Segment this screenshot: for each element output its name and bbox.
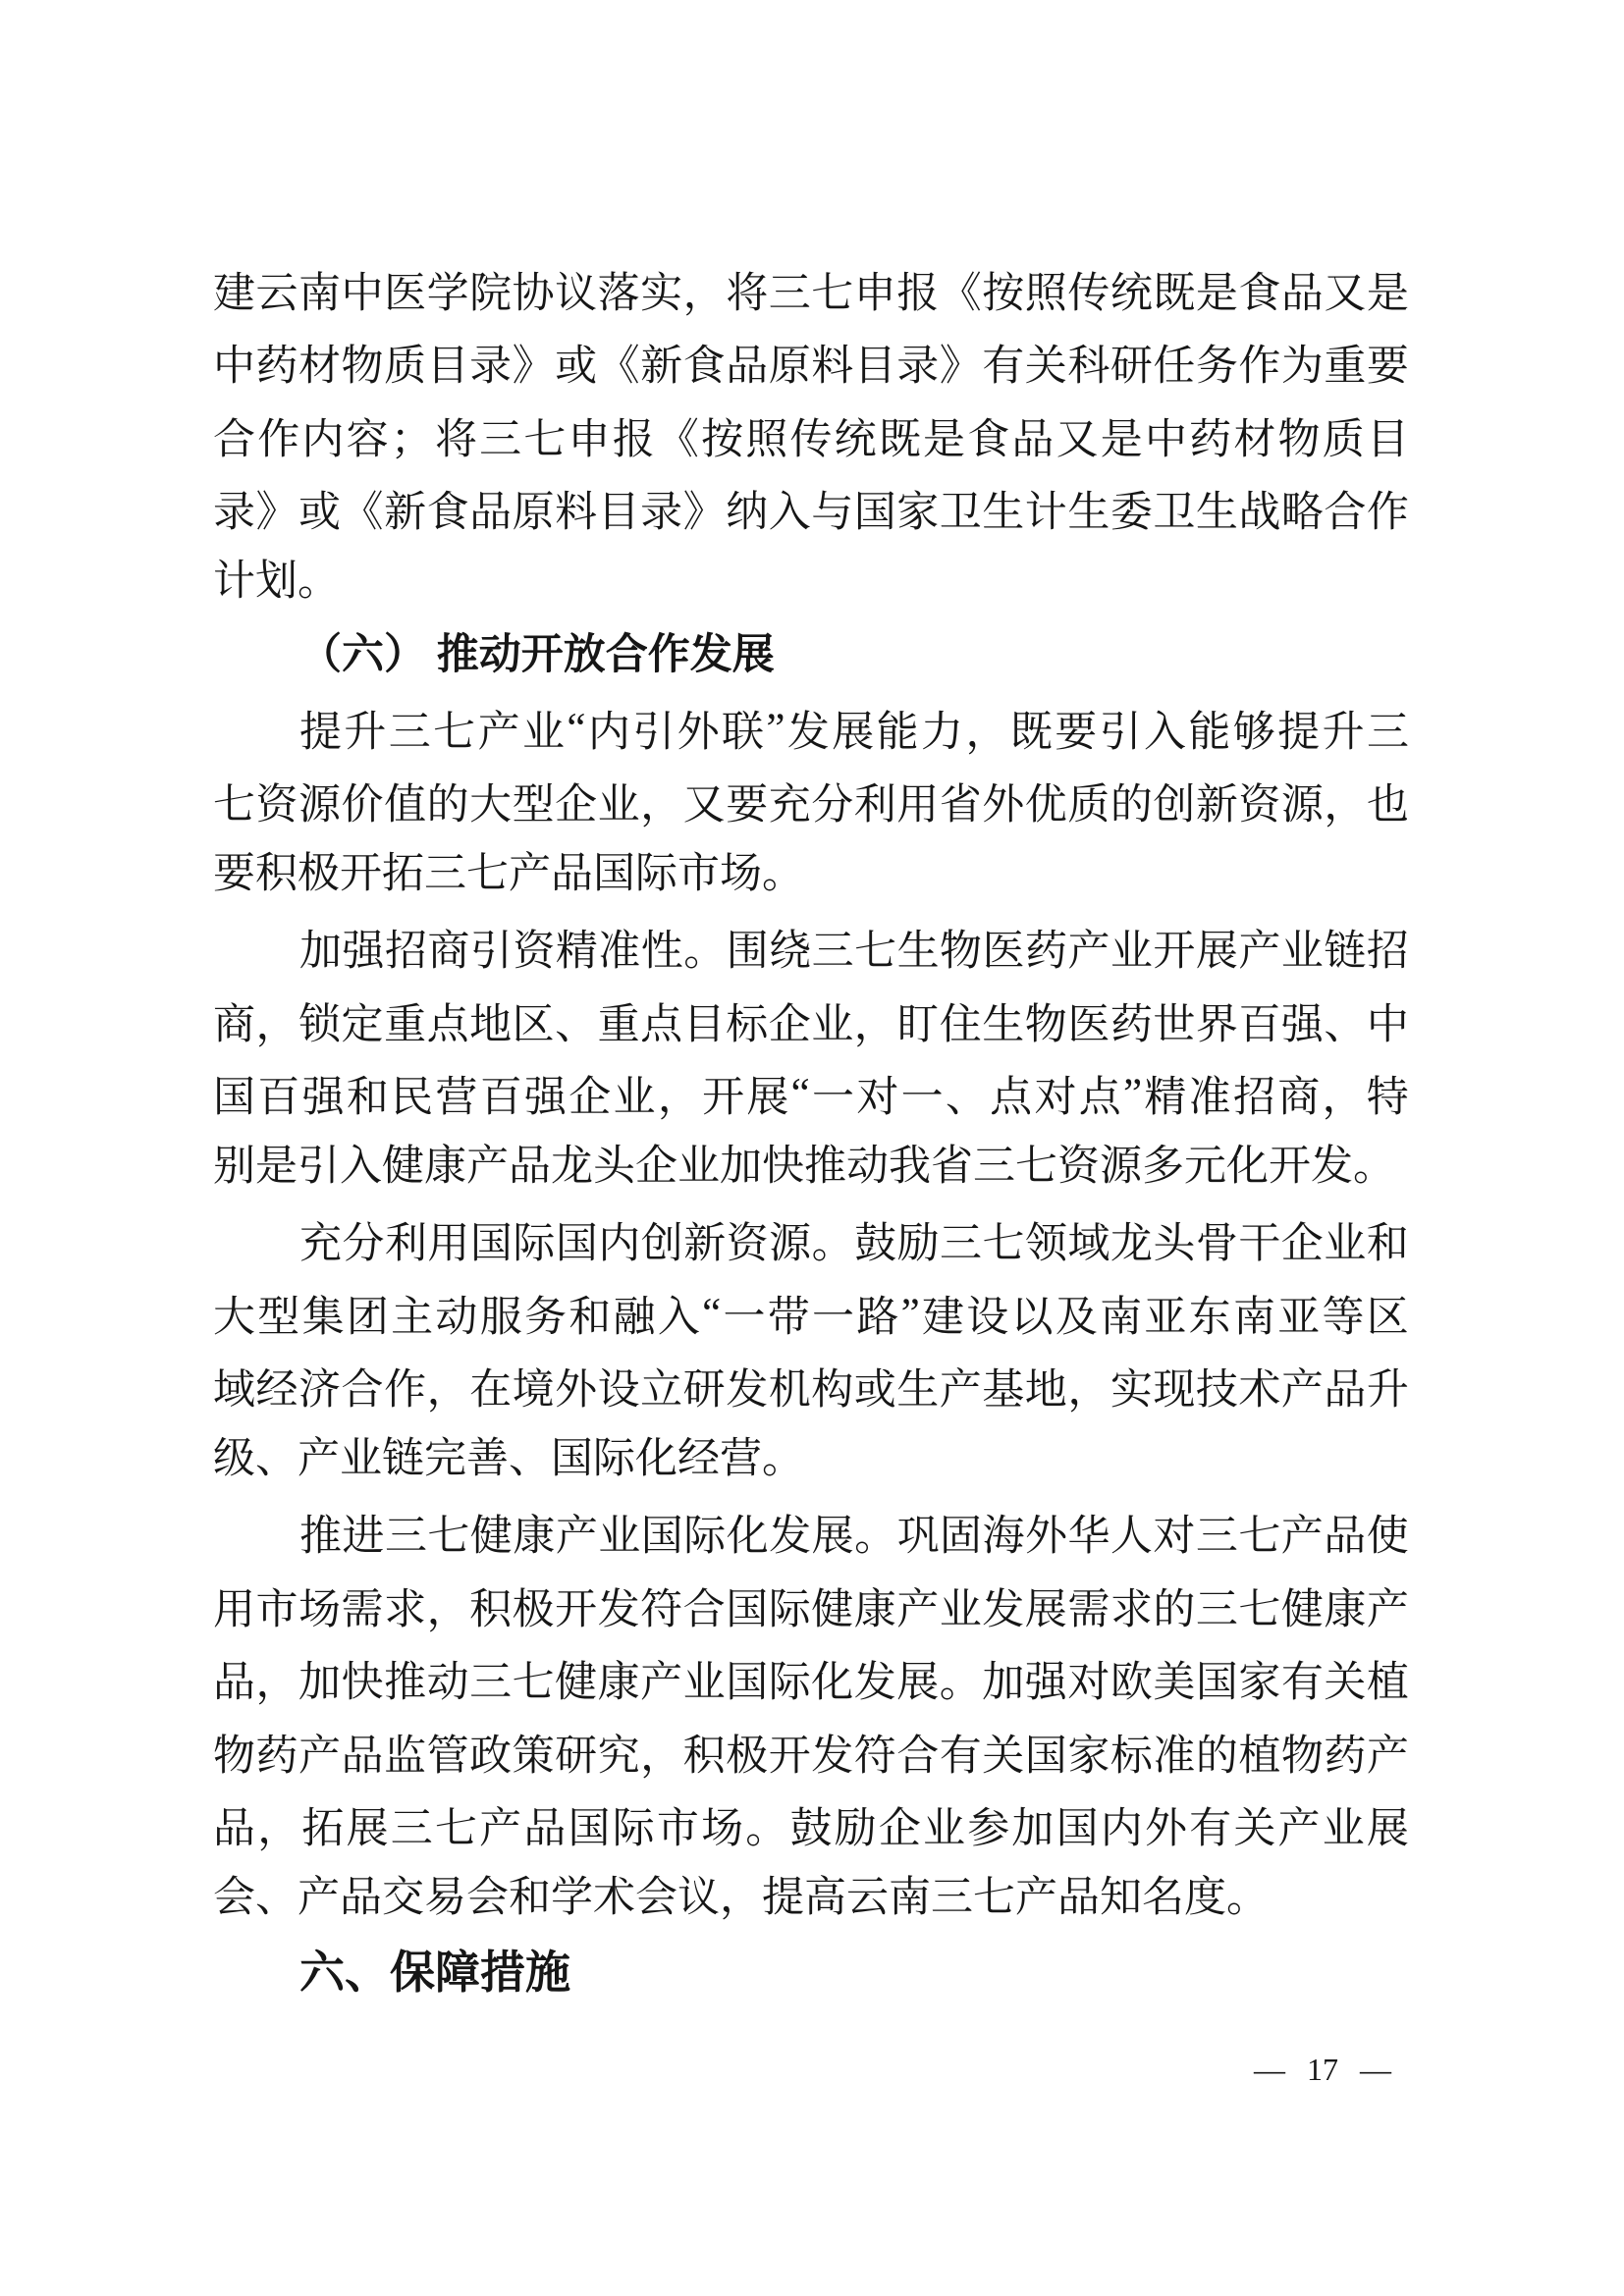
glyph: 企 xyxy=(879,1795,921,1855)
glyph: 战 xyxy=(1238,479,1280,539)
glyph: 七 xyxy=(523,406,566,466)
glyph: 药 xyxy=(1110,991,1153,1051)
text-line: 会、产品交易会和学术会议，提高云南三七产品知名度。 xyxy=(213,1862,1409,1936)
glyph: 政 xyxy=(469,1723,512,1783)
glyph: ” xyxy=(901,1290,920,1338)
glyph: 融 xyxy=(614,1284,656,1344)
glyph: 动 xyxy=(435,1284,477,1344)
glyph: 家 xyxy=(1067,1723,1110,1783)
glyph: 求 xyxy=(1110,1576,1153,1636)
glyph: 与 xyxy=(811,479,853,539)
glyph: 合 xyxy=(683,1576,726,1636)
glyph: 外 xyxy=(1025,1503,1067,1563)
glyph: 充 xyxy=(769,772,811,831)
text-line: 提升三七产业“内引外联”发展能力，既要引入能够提升三 xyxy=(213,692,1409,766)
glyph: 符 xyxy=(854,1723,896,1783)
glyph: 等 xyxy=(1323,1284,1365,1344)
glyph: 药 xyxy=(1324,1723,1366,1783)
glyph: 拓 xyxy=(301,1795,344,1855)
glyph: 七 xyxy=(435,1795,477,1855)
glyph: 世 xyxy=(1153,991,1195,1051)
glyph: 带 xyxy=(768,1284,810,1344)
glyph: 品 xyxy=(1324,1357,1366,1416)
glyph: 发 xyxy=(726,1357,768,1416)
glyph: 国 xyxy=(1196,1649,1238,1709)
glyph: 分 xyxy=(342,1210,384,1270)
glyph: 企 xyxy=(1281,1210,1324,1270)
glyph: ， xyxy=(427,1357,469,1416)
glyph: 国 xyxy=(1025,1723,1067,1783)
glyph: 国 xyxy=(470,1210,513,1270)
glyph: 产 xyxy=(1281,1503,1324,1563)
glyph: 企 xyxy=(568,1064,611,1124)
glyph: 中 xyxy=(1367,991,1409,1051)
glyph: 合 xyxy=(213,406,255,466)
glyph: 。 xyxy=(812,1210,854,1270)
glyph: 目 xyxy=(598,479,640,539)
glyph: 关 xyxy=(1025,333,1067,393)
glyph: 用 xyxy=(427,1210,469,1270)
document-page: 建云南中医学院协议落实，将三七申报《按照传统既是食品又是中药材物质目录》或《新食… xyxy=(0,0,1624,2296)
glyph: 设 xyxy=(598,1357,640,1416)
glyph: 医 xyxy=(1067,991,1110,1051)
glyph: 产 xyxy=(478,699,520,759)
glyph: 容 xyxy=(347,406,389,466)
glyph: 值 xyxy=(384,772,426,831)
glyph: 亚 xyxy=(1144,1284,1186,1344)
glyph: 优 xyxy=(1025,772,1067,831)
glyph: 地 xyxy=(1025,1357,1067,1416)
glyph: 力 xyxy=(921,699,963,759)
glyph: 技 xyxy=(1196,1357,1238,1416)
glyph: 场 xyxy=(298,1576,341,1636)
glyph: 报 xyxy=(896,260,939,320)
text-line: 建云南中医学院协议落实，将三七申报《按照传统既是食品又是 xyxy=(213,253,1409,327)
glyph: 主 xyxy=(391,1284,433,1344)
glyph: 目 xyxy=(854,333,896,393)
glyph: 海 xyxy=(983,1503,1025,1563)
glyph: ， xyxy=(1067,1357,1110,1416)
glyph: 目 xyxy=(1367,406,1409,466)
text-line: 用市场需求，积极开发符合国际健康产业发展需求的三七健康产 xyxy=(213,1570,1409,1643)
glyph: 推 xyxy=(299,1503,342,1563)
glyph: 强 xyxy=(1025,1649,1067,1709)
glyph: 资 xyxy=(1238,772,1280,831)
glyph: 业 xyxy=(598,1503,640,1563)
glyph: 资 xyxy=(256,772,298,831)
glyph: 龙 xyxy=(1110,1210,1153,1270)
glyph: 的 xyxy=(427,772,469,831)
glyph: 药 xyxy=(256,1723,298,1783)
glyph: 传 xyxy=(789,406,832,466)
glyph: 务 xyxy=(1196,333,1238,393)
glyph: 展 xyxy=(1367,1795,1409,1855)
glyph: 推 xyxy=(384,1649,426,1709)
text-line: 计划。 xyxy=(213,546,1409,619)
glyph: 强 xyxy=(342,918,384,978)
glyph: 开 xyxy=(555,1576,597,1636)
glyph: ， xyxy=(256,991,298,1051)
glyph: 有 xyxy=(940,1723,982,1783)
glyph: 南 xyxy=(1100,1284,1142,1344)
glyph: 研 xyxy=(555,1723,597,1783)
glyph: 以 xyxy=(1011,1284,1054,1344)
glyph: 将 xyxy=(726,260,768,320)
glyph: 创 xyxy=(1153,772,1195,831)
glyph: 国 xyxy=(726,1649,768,1709)
glyph: 精 xyxy=(556,918,598,978)
glyph: 团 xyxy=(347,1284,389,1344)
text-line: 加强招商引资精准性。围绕三七生物医药产业开展产业链招 xyxy=(213,912,1409,986)
glyph: 三 xyxy=(479,406,521,466)
glyph: 需 xyxy=(1067,1576,1110,1636)
glyph: 有 xyxy=(982,333,1024,393)
glyph: 申 xyxy=(568,406,611,466)
glyph: 中 xyxy=(213,333,255,393)
glyph: 展 xyxy=(1025,1576,1067,1636)
glyph: 展 xyxy=(812,1503,854,1563)
glyph: 性 xyxy=(641,918,683,978)
glyph: 生 xyxy=(896,1357,939,1416)
glyph: 产 xyxy=(1281,1357,1324,1416)
glyph: 发 xyxy=(769,1503,811,1563)
glyph: 统 xyxy=(835,406,877,466)
glyph: 三 xyxy=(1367,699,1409,759)
glyph: 品 xyxy=(523,1795,566,1855)
glyph: 国 xyxy=(1056,1795,1099,1855)
glyph: 及 xyxy=(1056,1284,1098,1344)
glyph: 。 xyxy=(683,918,726,978)
glyph: 既 xyxy=(1010,699,1053,759)
glyph: ， xyxy=(854,991,896,1051)
glyph: 要 xyxy=(726,772,768,831)
glyph: 开 xyxy=(1153,918,1195,978)
glyph: 科 xyxy=(1067,333,1110,393)
glyph: 重 xyxy=(1324,333,1366,393)
glyph: 纳 xyxy=(726,479,768,539)
glyph: 三 xyxy=(391,1795,433,1855)
glyph: 作 xyxy=(1238,333,1280,393)
glyph: 药 xyxy=(1189,406,1231,466)
glyph: 实 xyxy=(640,260,682,320)
glyph: 食 xyxy=(683,333,726,393)
glyph: 企 xyxy=(555,772,597,831)
glyph: 既 xyxy=(879,406,921,466)
glyph: 绕 xyxy=(769,918,811,978)
glyph: 合 xyxy=(1324,479,1366,539)
glyph: 一 xyxy=(723,1284,765,1344)
glyph: 百 xyxy=(480,1064,522,1124)
glyph: 七 xyxy=(213,772,255,831)
glyph: 是 xyxy=(923,406,965,466)
glyph: 国 xyxy=(213,1064,255,1124)
glyph: 略 xyxy=(1281,479,1324,539)
glyph: 材 xyxy=(1233,406,1275,466)
glyph: 精 xyxy=(1144,1064,1186,1124)
glyph: 加 xyxy=(299,918,342,978)
glyph: 南 xyxy=(298,260,341,320)
glyph: 健 xyxy=(811,1576,853,1636)
glyph: 任 xyxy=(1153,333,1195,393)
glyph: 康 xyxy=(1324,1576,1366,1636)
glyph: 产 xyxy=(298,1723,341,1783)
glyph: 市 xyxy=(657,1795,699,1855)
glyph: 集 xyxy=(302,1284,345,1344)
glyph: 三 xyxy=(769,260,811,320)
glyph: 百 xyxy=(257,1064,299,1124)
glyph: 关 xyxy=(1324,1649,1366,1709)
glyph: 目 xyxy=(683,991,726,1051)
glyph: 健 xyxy=(555,1649,597,1709)
glyph: 发 xyxy=(787,699,830,759)
glyph: 极 xyxy=(513,1576,555,1636)
glyph: 大 xyxy=(213,1284,255,1344)
glyph: 点 xyxy=(640,991,682,1051)
glyph: 植 xyxy=(1367,1649,1409,1709)
glyph: 升 xyxy=(1367,1357,1409,1416)
glyph: 化 xyxy=(811,1649,853,1709)
glyph: ， xyxy=(257,1795,299,1855)
glyph: 报 xyxy=(613,406,655,466)
glyph: 励 xyxy=(897,1210,940,1270)
glyph: 巩 xyxy=(897,1503,940,1563)
glyph: 也 xyxy=(1367,772,1409,831)
glyph: 质 xyxy=(1323,406,1365,466)
glyph: 三 xyxy=(1196,1503,1238,1563)
glyph: 物 xyxy=(1281,1723,1324,1783)
glyph: 资 xyxy=(727,1210,769,1270)
glyph: ” xyxy=(1123,1070,1142,1118)
glyph: 又 xyxy=(1324,260,1366,320)
glyph: 物 xyxy=(940,918,982,978)
glyph: 康 xyxy=(513,1503,555,1563)
glyph: 业 xyxy=(683,1649,726,1709)
glyph: 区 xyxy=(513,991,555,1051)
glyph: 健 xyxy=(1281,1576,1324,1636)
glyph: 和 xyxy=(568,1284,611,1344)
glyph: 使 xyxy=(1367,1503,1409,1563)
glyph: 发 xyxy=(811,1723,853,1783)
glyph: “ xyxy=(791,1070,810,1118)
glyph: 利 xyxy=(854,772,896,831)
glyph: 强 xyxy=(524,1064,567,1124)
glyph: 有 xyxy=(1189,1795,1231,1855)
glyph: 的 xyxy=(1196,1723,1238,1783)
glyph: 加 xyxy=(298,1649,341,1709)
glyph: 新 xyxy=(683,1210,726,1270)
glyph: 。 xyxy=(854,1503,896,1563)
glyph: 区 xyxy=(1367,1284,1409,1344)
glyph: 料 xyxy=(811,333,853,393)
glyph: 品 xyxy=(1011,406,1054,466)
glyph: 三 xyxy=(385,1503,427,1563)
glyph: 料 xyxy=(555,479,597,539)
glyph: 人 xyxy=(1110,1503,1153,1563)
glyph: 三 xyxy=(389,699,431,759)
glyph: 药 xyxy=(256,333,298,393)
glyph: 录 xyxy=(896,333,939,393)
glyph: 营 xyxy=(435,1064,477,1124)
glyph: 立 xyxy=(640,1357,682,1416)
glyph: 展 xyxy=(347,1795,389,1855)
glyph: 又 xyxy=(1056,406,1099,466)
glyph: 按 xyxy=(982,260,1024,320)
glyph: 基 xyxy=(982,1357,1024,1416)
glyph: 产 xyxy=(1238,918,1280,978)
glyph: 展 xyxy=(746,1064,788,1124)
glyph: 物 xyxy=(213,1723,255,1783)
section-heading-major: 六、保障措施 xyxy=(213,1936,1409,2009)
glyph: 七 xyxy=(983,1210,1025,1270)
glyph: 、 xyxy=(555,991,597,1051)
glyph: 特 xyxy=(1367,1064,1409,1124)
glyph: 照 xyxy=(1025,260,1067,320)
glyph: 按 xyxy=(701,406,743,466)
glyph: 七 xyxy=(1238,1576,1280,1636)
glyph: 升 xyxy=(344,699,386,759)
glyph: 定 xyxy=(342,991,384,1051)
glyph: 鼓 xyxy=(854,1210,896,1270)
glyph: 统 xyxy=(1110,260,1153,320)
glyph: 《 xyxy=(598,333,640,393)
glyph: 的 xyxy=(1153,1576,1195,1636)
glyph: 内 xyxy=(598,1210,640,1270)
glyph: 源 xyxy=(769,1210,811,1270)
glyph: 住 xyxy=(940,991,982,1051)
glyph: 七 xyxy=(1238,1503,1280,1563)
glyph: ， xyxy=(640,1723,682,1783)
glyph: 入 xyxy=(769,479,811,539)
glyph: 》 xyxy=(513,333,555,393)
glyph: 申 xyxy=(854,260,896,320)
glyph: 进 xyxy=(342,1503,384,1563)
glyph: 准 xyxy=(598,918,640,978)
glyph: 》 xyxy=(256,479,298,539)
glyph: 研 xyxy=(683,1357,726,1416)
glyph: 、 xyxy=(946,1064,988,1124)
glyph: 质 xyxy=(384,333,426,393)
glyph: 地 xyxy=(469,991,512,1051)
glyph: 计 xyxy=(1025,479,1067,539)
glyph: 升 xyxy=(1323,699,1365,759)
glyph: 展 xyxy=(1196,918,1238,978)
glyph: 展 xyxy=(832,699,874,759)
glyph: 品 xyxy=(726,333,768,393)
glyph: 提 xyxy=(1277,699,1320,759)
glyph: 点 xyxy=(427,991,469,1051)
glyph: 将 xyxy=(435,406,477,466)
glyph: 南 xyxy=(1233,1284,1275,1344)
glyph: 三 xyxy=(940,1210,982,1270)
glyph: 七 xyxy=(433,699,475,759)
glyph: 业 xyxy=(614,1064,656,1124)
glyph: 协 xyxy=(513,260,555,320)
glyph: 家 xyxy=(896,479,939,539)
glyph: 鼓 xyxy=(789,1795,832,1855)
glyph: “ xyxy=(567,705,585,753)
glyph: 发 xyxy=(982,1576,1024,1636)
glyph: ， xyxy=(640,772,682,831)
glyph: 术 xyxy=(1238,1357,1280,1416)
glyph: ， xyxy=(1324,772,1366,831)
glyph: 照 xyxy=(745,406,787,466)
glyph: 机 xyxy=(769,1357,811,1416)
glyph: 和 xyxy=(1367,1210,1409,1270)
text-line: 物药产品监管政策研究，积极开发符合有关国家标准的植物药产 xyxy=(213,1716,1409,1789)
glyph: 新 xyxy=(384,479,426,539)
glyph: 作 xyxy=(257,406,299,466)
glyph: 领 xyxy=(1025,1210,1067,1270)
glyph: 、 xyxy=(1324,991,1366,1051)
glyph: 中 xyxy=(1145,406,1187,466)
glyph: “ xyxy=(702,1290,721,1338)
glyph: 外 xyxy=(982,772,1024,831)
glyph: 为 xyxy=(1281,333,1324,393)
glyph: 重 xyxy=(384,991,426,1051)
glyph: ， xyxy=(256,1649,298,1709)
glyph: 业 xyxy=(1323,1795,1365,1855)
document-body: 建云南中医学院协议落实，将三七申报《按照传统既是食品又是中药材物质目录》或《新食… xyxy=(213,253,1409,2008)
glyph: 监 xyxy=(384,1723,426,1783)
glyph: 际 xyxy=(513,1210,555,1270)
glyph: 源 xyxy=(298,772,341,831)
glyph: 物 xyxy=(1278,406,1321,466)
glyph: 或 xyxy=(298,479,341,539)
glyph: 合 xyxy=(896,1723,939,1783)
glyph: 食 xyxy=(967,406,1009,466)
glyph: 康 xyxy=(854,1576,896,1636)
glyph: 引 xyxy=(470,918,513,978)
glyph: 三 xyxy=(812,918,854,978)
glyph: ， xyxy=(1323,1064,1365,1124)
glyph: 新 xyxy=(640,333,682,393)
glyph: 七 xyxy=(811,260,853,320)
glyph: 原 xyxy=(769,333,811,393)
glyph: 康 xyxy=(598,1649,640,1709)
glyph: 盯 xyxy=(896,991,939,1051)
text-line: 大型集团主动服务和融入“一带一路”建设以及南亚东南亚等区 xyxy=(213,1277,1409,1351)
glyph: 商 xyxy=(427,918,469,978)
glyph: 型 xyxy=(513,772,555,831)
glyph: 极 xyxy=(726,1723,768,1783)
text-line: 合作内容；将三七申报《按照传统既是食品又是中药材物质目 xyxy=(213,400,1409,473)
glyph: 快 xyxy=(342,1649,384,1709)
glyph: 关 xyxy=(982,1723,1024,1783)
glyph: 际 xyxy=(683,1503,726,1563)
glyph: 物 xyxy=(1025,991,1067,1051)
glyph: 《 xyxy=(940,260,982,320)
glyph: 生 xyxy=(897,918,940,978)
glyph: 价 xyxy=(342,772,384,831)
glyph: 是 xyxy=(1367,260,1409,320)
glyph: 卫 xyxy=(940,479,982,539)
glyph: 生 xyxy=(1067,479,1110,539)
glyph: 传 xyxy=(1067,260,1110,320)
glyph: 作 xyxy=(384,1357,426,1416)
glyph: 美 xyxy=(1153,1649,1195,1709)
glyph: 策 xyxy=(513,1723,555,1783)
glyph: 食 xyxy=(427,479,469,539)
glyph: 家 xyxy=(1238,1649,1280,1709)
glyph: 服 xyxy=(480,1284,522,1344)
glyph: 际 xyxy=(613,1795,655,1855)
glyph: 三 xyxy=(1196,1576,1238,1636)
glyph: 产 xyxy=(1278,1795,1321,1855)
text-line: 级、产业链完善、国际化经营。 xyxy=(213,1423,1409,1497)
glyph: 标 xyxy=(726,991,768,1051)
glyph: 加 xyxy=(1011,1795,1054,1855)
glyph: 固 xyxy=(940,1503,982,1563)
